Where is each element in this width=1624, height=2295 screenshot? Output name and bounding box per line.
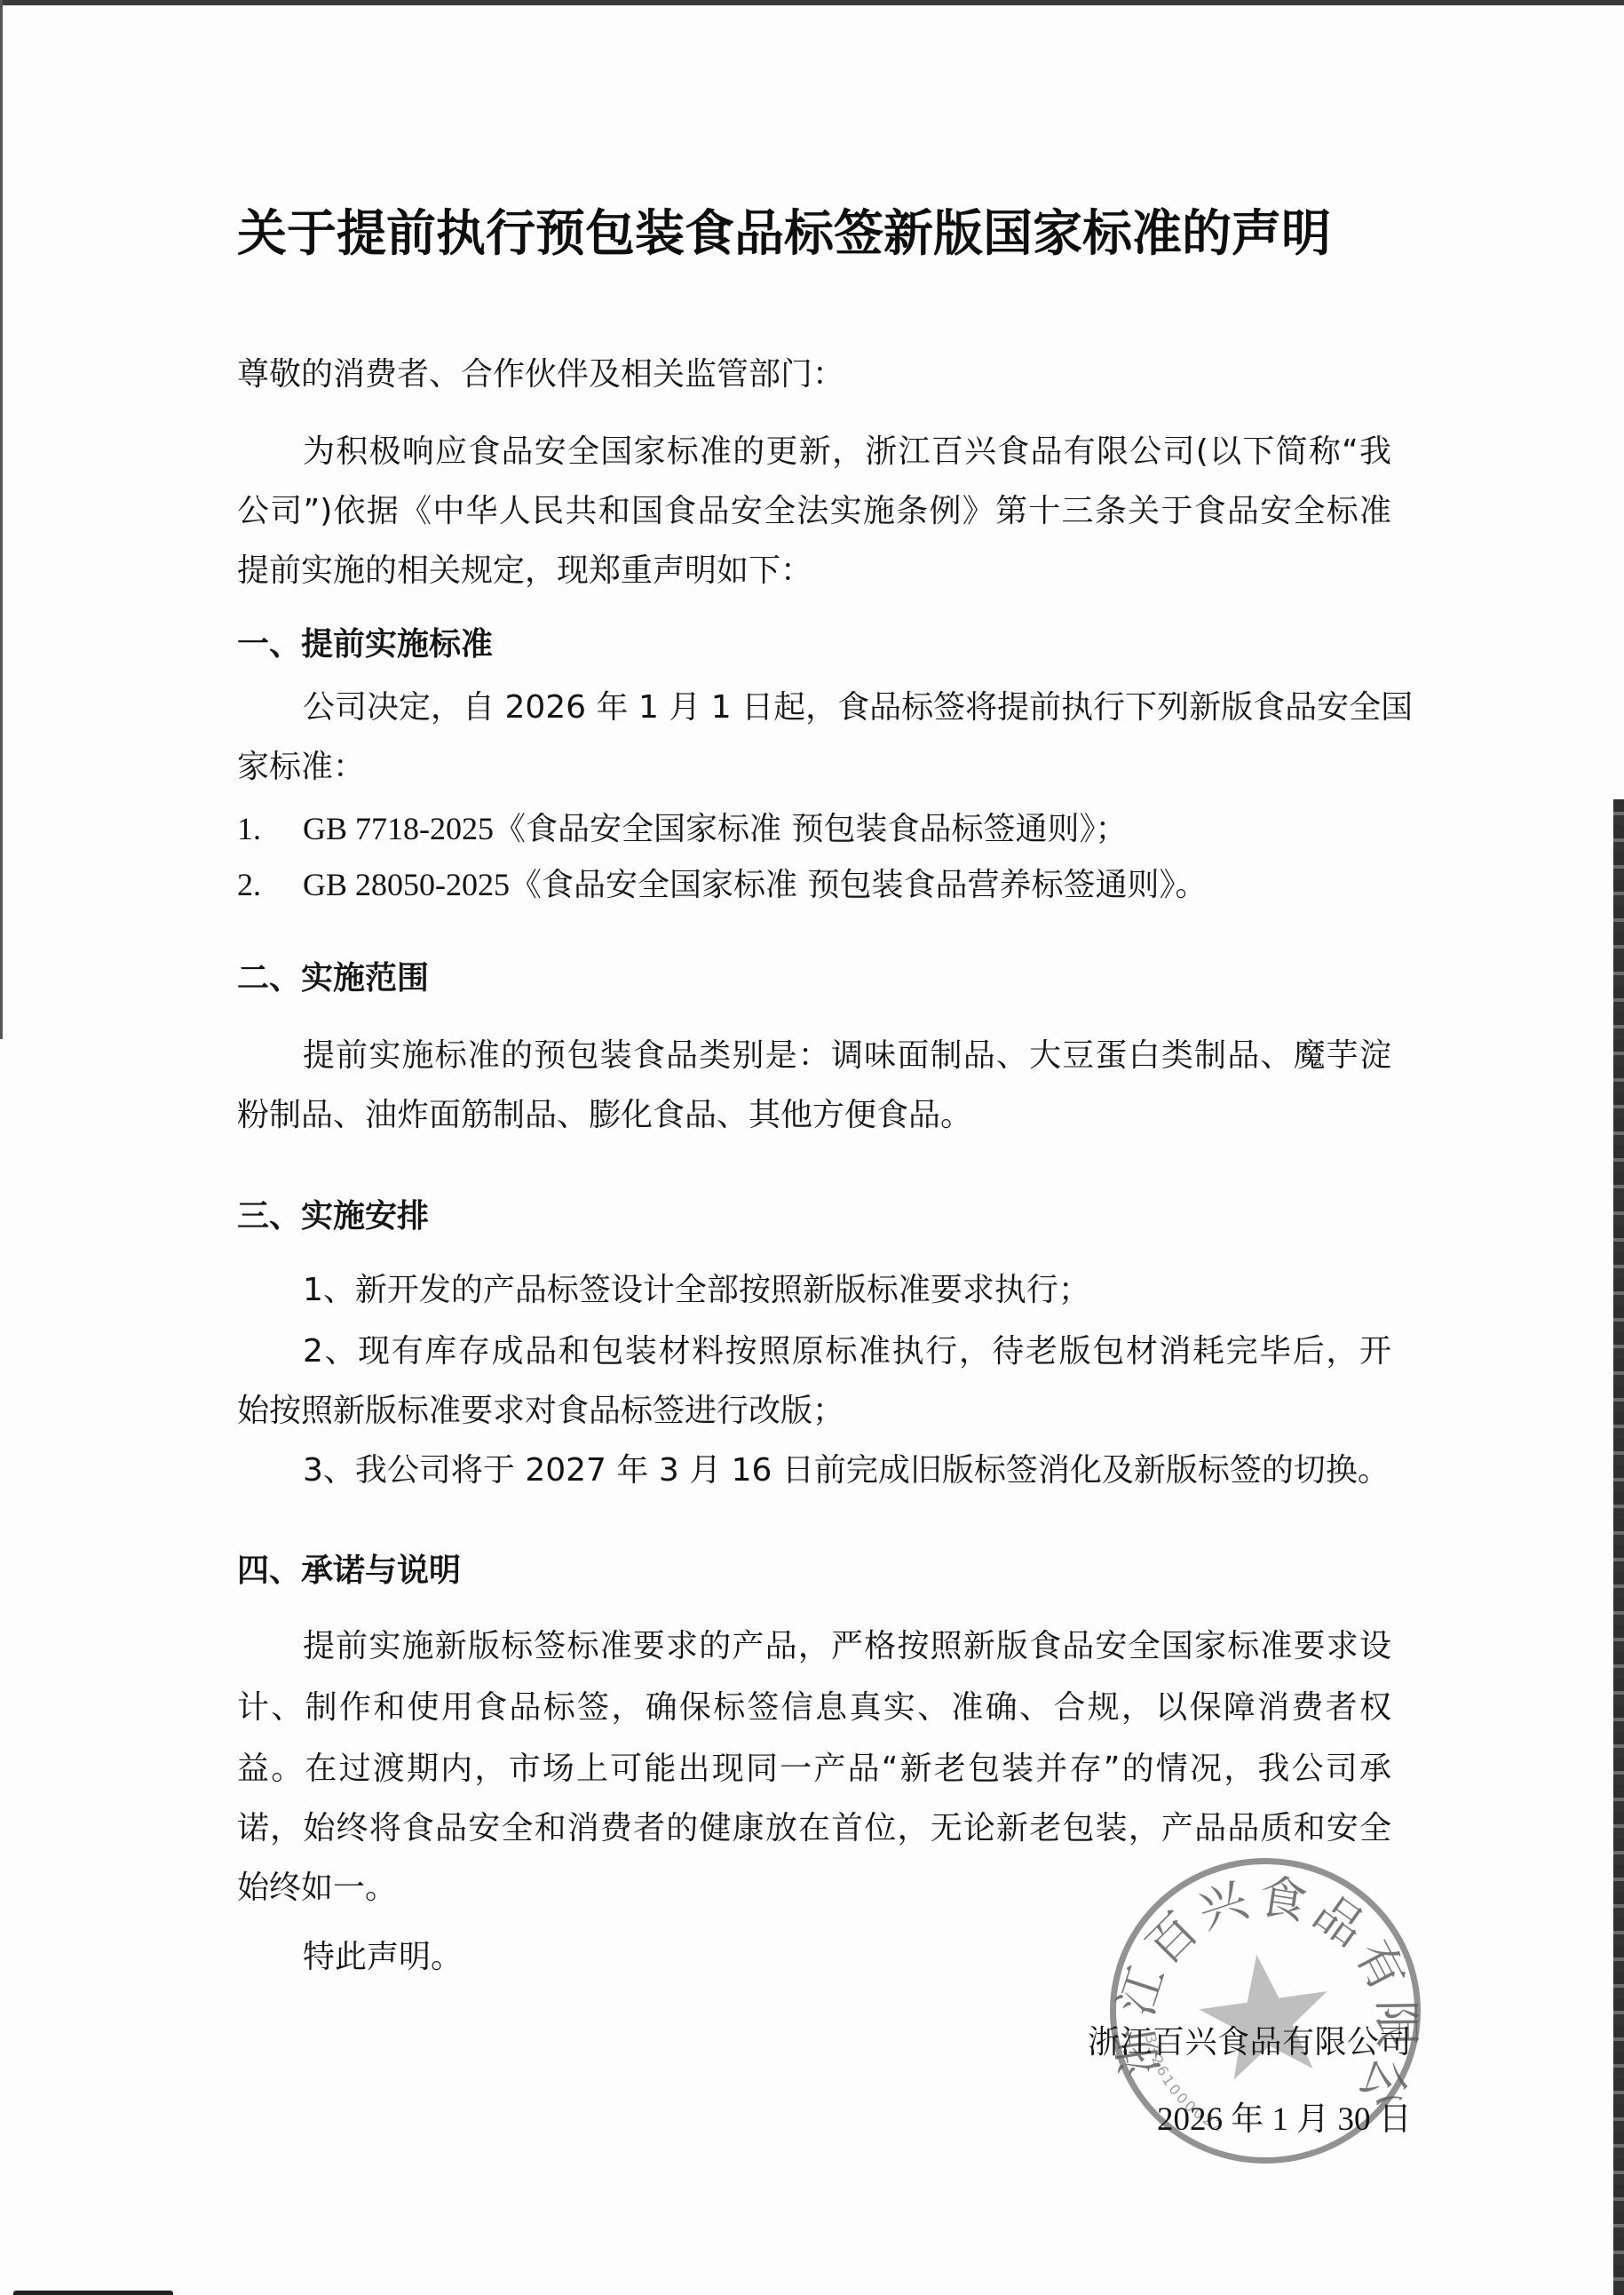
section-2-line-1: 提前实施标准的预包装食品类别是：调味面制品、大豆蛋白类制品、魔芋淀 [303, 1036, 1391, 1076]
standard-name: 《食品安全国家标准 预包装食品营养标签通则》。 [510, 867, 1207, 903]
standard-item-2: 2. GB 28050-2025《食品安全国家标准 预包装食品营养标签通则》。 [237, 865, 1391, 904]
section-1-line-1: 公司决定，自 2026 年 1 月 1 日起，食品标签将提前执行下列新版食品安全… [303, 688, 1391, 727]
item-number: 1. [237, 809, 261, 848]
greeting: 尊敬的消费者、合作伙伴及相关监管部门： [237, 355, 1391, 394]
standard-name: 《食品安全国家标准 预包装食品标签通则》； [494, 811, 1127, 847]
section-heading-2: 二、实施范围 [237, 959, 1391, 998]
section-4-line-1: 提前实施新版标签标准要求的产品，严格按照新版食品安全国家标准要求设 [303, 1627, 1391, 1666]
section-heading-3: 三、实施安排 [237, 1197, 1391, 1236]
section-3-line-4: 3、我公司将于 2027 年 3 月 16 日前完成旧版标签消化及新版标签的切换… [303, 1451, 1391, 1490]
intro-line-2: 公司”)依据《中华人民共和国食品安全法实施条例》第十三条关于食品安全标准 [237, 492, 1391, 531]
signature-date: 2026 年 1 月 30 日 [1157, 2100, 1412, 2140]
section-heading-4: 四、承诺与说明 [237, 1552, 1391, 1591]
section-4-line-4: 诺，始终将食品安全和消费者的健康放在首位，无论新老包装，产品品质和安全 [237, 1809, 1391, 1848]
section-4-line-2: 计、制作和使用食品标签，确保标签信息真实、准确、合规，以保障消费者权 [237, 1688, 1391, 1727]
section-3-line-3: 始按照新版标准要求对食品标签进行改版； [237, 1392, 1391, 1431]
scan-frame-bottom [13, 2291, 173, 2295]
star-icon [1192, 1946, 1338, 2084]
scan-frame-right [1613, 799, 1624, 2295]
section-2-line-2: 粉制品、油炸面筋制品、膨化食品、其他方便食品。 [237, 1096, 1391, 1135]
scan-frame-top [0, 0, 1624, 5]
standard-code: GB 7718-2025 [303, 811, 494, 846]
section-1-line-2: 家标准： [237, 748, 1391, 787]
standard-item-1: 1. GB 7718-2025《食品安全国家标准 预包装食品标签通则》； [237, 809, 1391, 848]
intro-line-1: 为积极响应食品安全国家标准的更新，浙江百兴食品有限公司(以下简称“我 [303, 433, 1391, 472]
intro-line-3: 提前实施的相关规定，现郑重声明如下： [237, 552, 1391, 591]
scan-frame-left [0, 0, 3, 1039]
section-heading-1: 一、提前实施标准 [237, 625, 1391, 664]
section-3-line-2: 2、现有库存成品和包装材料按照原标准执行，待老版包材消耗完毕后，开 [303, 1332, 1391, 1371]
section-3-line-1: 1、新开发的产品标签设计全部按照新版标准要求执行； [303, 1271, 1391, 1310]
signature-company: 浙江百兴食品有限公司 [1088, 2023, 1412, 2062]
document-title: 关于提前执行预包装食品标签新版国家标准的声明 [237, 206, 1313, 263]
section-4-line-3: 益。在过渡期内，市场上可能出现同一产品“新老包装并存”的情况，我公司承 [237, 1750, 1391, 1789]
item-number: 2. [237, 865, 261, 904]
standard-code: GB 28050-2025 [303, 867, 510, 902]
